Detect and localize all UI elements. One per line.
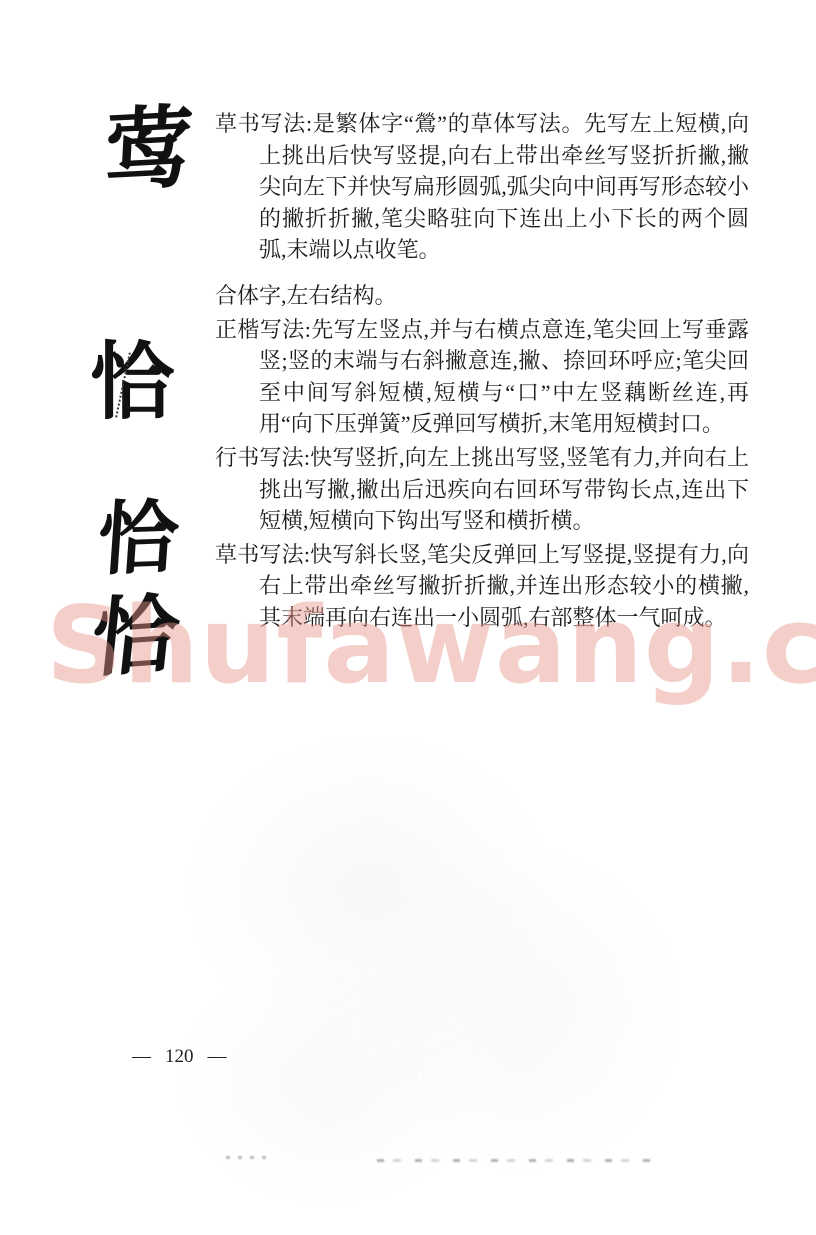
book-page: 莺 恰 恰 恰 草书写法:是繁体字“鶯”的草体写法。先写左上短横,向上挑出后快写… bbox=[0, 0, 816, 1235]
page-number-value: 120 bbox=[165, 1046, 194, 1068]
paragraph-caoshu-ying: 草书写法:是繁体字“鶯”的草体写法。先写左上短横,向上挑出后快写竖提,向右上带出… bbox=[215, 108, 749, 266]
page-number-dash-right: — bbox=[208, 1046, 227, 1068]
calligraphy-ying-cursive: 莺 bbox=[102, 101, 197, 196]
page-showthrough-ghost bbox=[180, 960, 480, 1200]
scan-smudge-artifact bbox=[226, 1156, 266, 1159]
paragraph-xingshu-qia: 行书写法:快写竖折,向左上挑出写竖,竖笔有力,并向右上挑出写撇,撇出后迅疾向右回… bbox=[215, 442, 749, 537]
page-number: — 120 — bbox=[132, 1046, 227, 1068]
calligraphy-qia-cursive: 恰 bbox=[87, 591, 183, 683]
paragraph-text: 快写竖折,向左上挑出写竖,竖笔有力,并向右上挑出写撇,撇出后迅疾向右回环写带钩长… bbox=[259, 445, 749, 533]
paragraph-structure-note: 合体字,左右结构。 bbox=[215, 280, 749, 312]
paragraph-label: 草书写法: bbox=[215, 111, 312, 136]
paragraph-label: 草书写法: bbox=[215, 542, 310, 567]
paragraph-kaishu-qia: 正楷写法:先写左竖点,并与右横点意连,笔尖回上写垂露竖;竖的末端与右斜撇意连,撇… bbox=[215, 314, 749, 440]
paragraph-text: 先写左竖点,并与右横点意连,笔尖回上写垂露竖;竖的末端与右斜撇意连,撇、捺回环呼… bbox=[259, 317, 749, 437]
scan-smudge-artifact bbox=[377, 1159, 652, 1162]
calligraphy-qia-running: 恰 bbox=[95, 497, 181, 580]
page-showthrough-ghost bbox=[360, 850, 680, 1170]
calligraphy-qia-regular: 恰 bbox=[90, 340, 174, 424]
paragraph-label: 正楷写法: bbox=[215, 317, 311, 342]
text-column: 草书写法:是繁体字“鶯”的草体写法。先写左上短横,向上挑出后快写竖提,向右上带出… bbox=[215, 108, 749, 634]
paragraph-text: 合体字,左右结构。 bbox=[215, 283, 397, 308]
paragraph-text: 快写斜长竖,笔尖反弹回上写竖提,竖提有力,向右上带出牵丝写撇折折撇,并连出形态较… bbox=[259, 542, 749, 630]
paragraph-label: 行书写法: bbox=[215, 445, 310, 470]
paragraph-caoshu-qia: 草书写法:快写斜长竖,笔尖反弹回上写竖提,竖提有力,向右上带出牵丝写撇折折撇,并… bbox=[215, 539, 749, 634]
page-showthrough-ghost bbox=[190, 740, 550, 1040]
page-number-dash-left: — bbox=[132, 1046, 151, 1068]
paragraph-text: 是繁体字“鶯”的草体写法。先写左上短横,向上挑出后快写竖提,向右上带出牵丝写竖折… bbox=[259, 111, 749, 262]
